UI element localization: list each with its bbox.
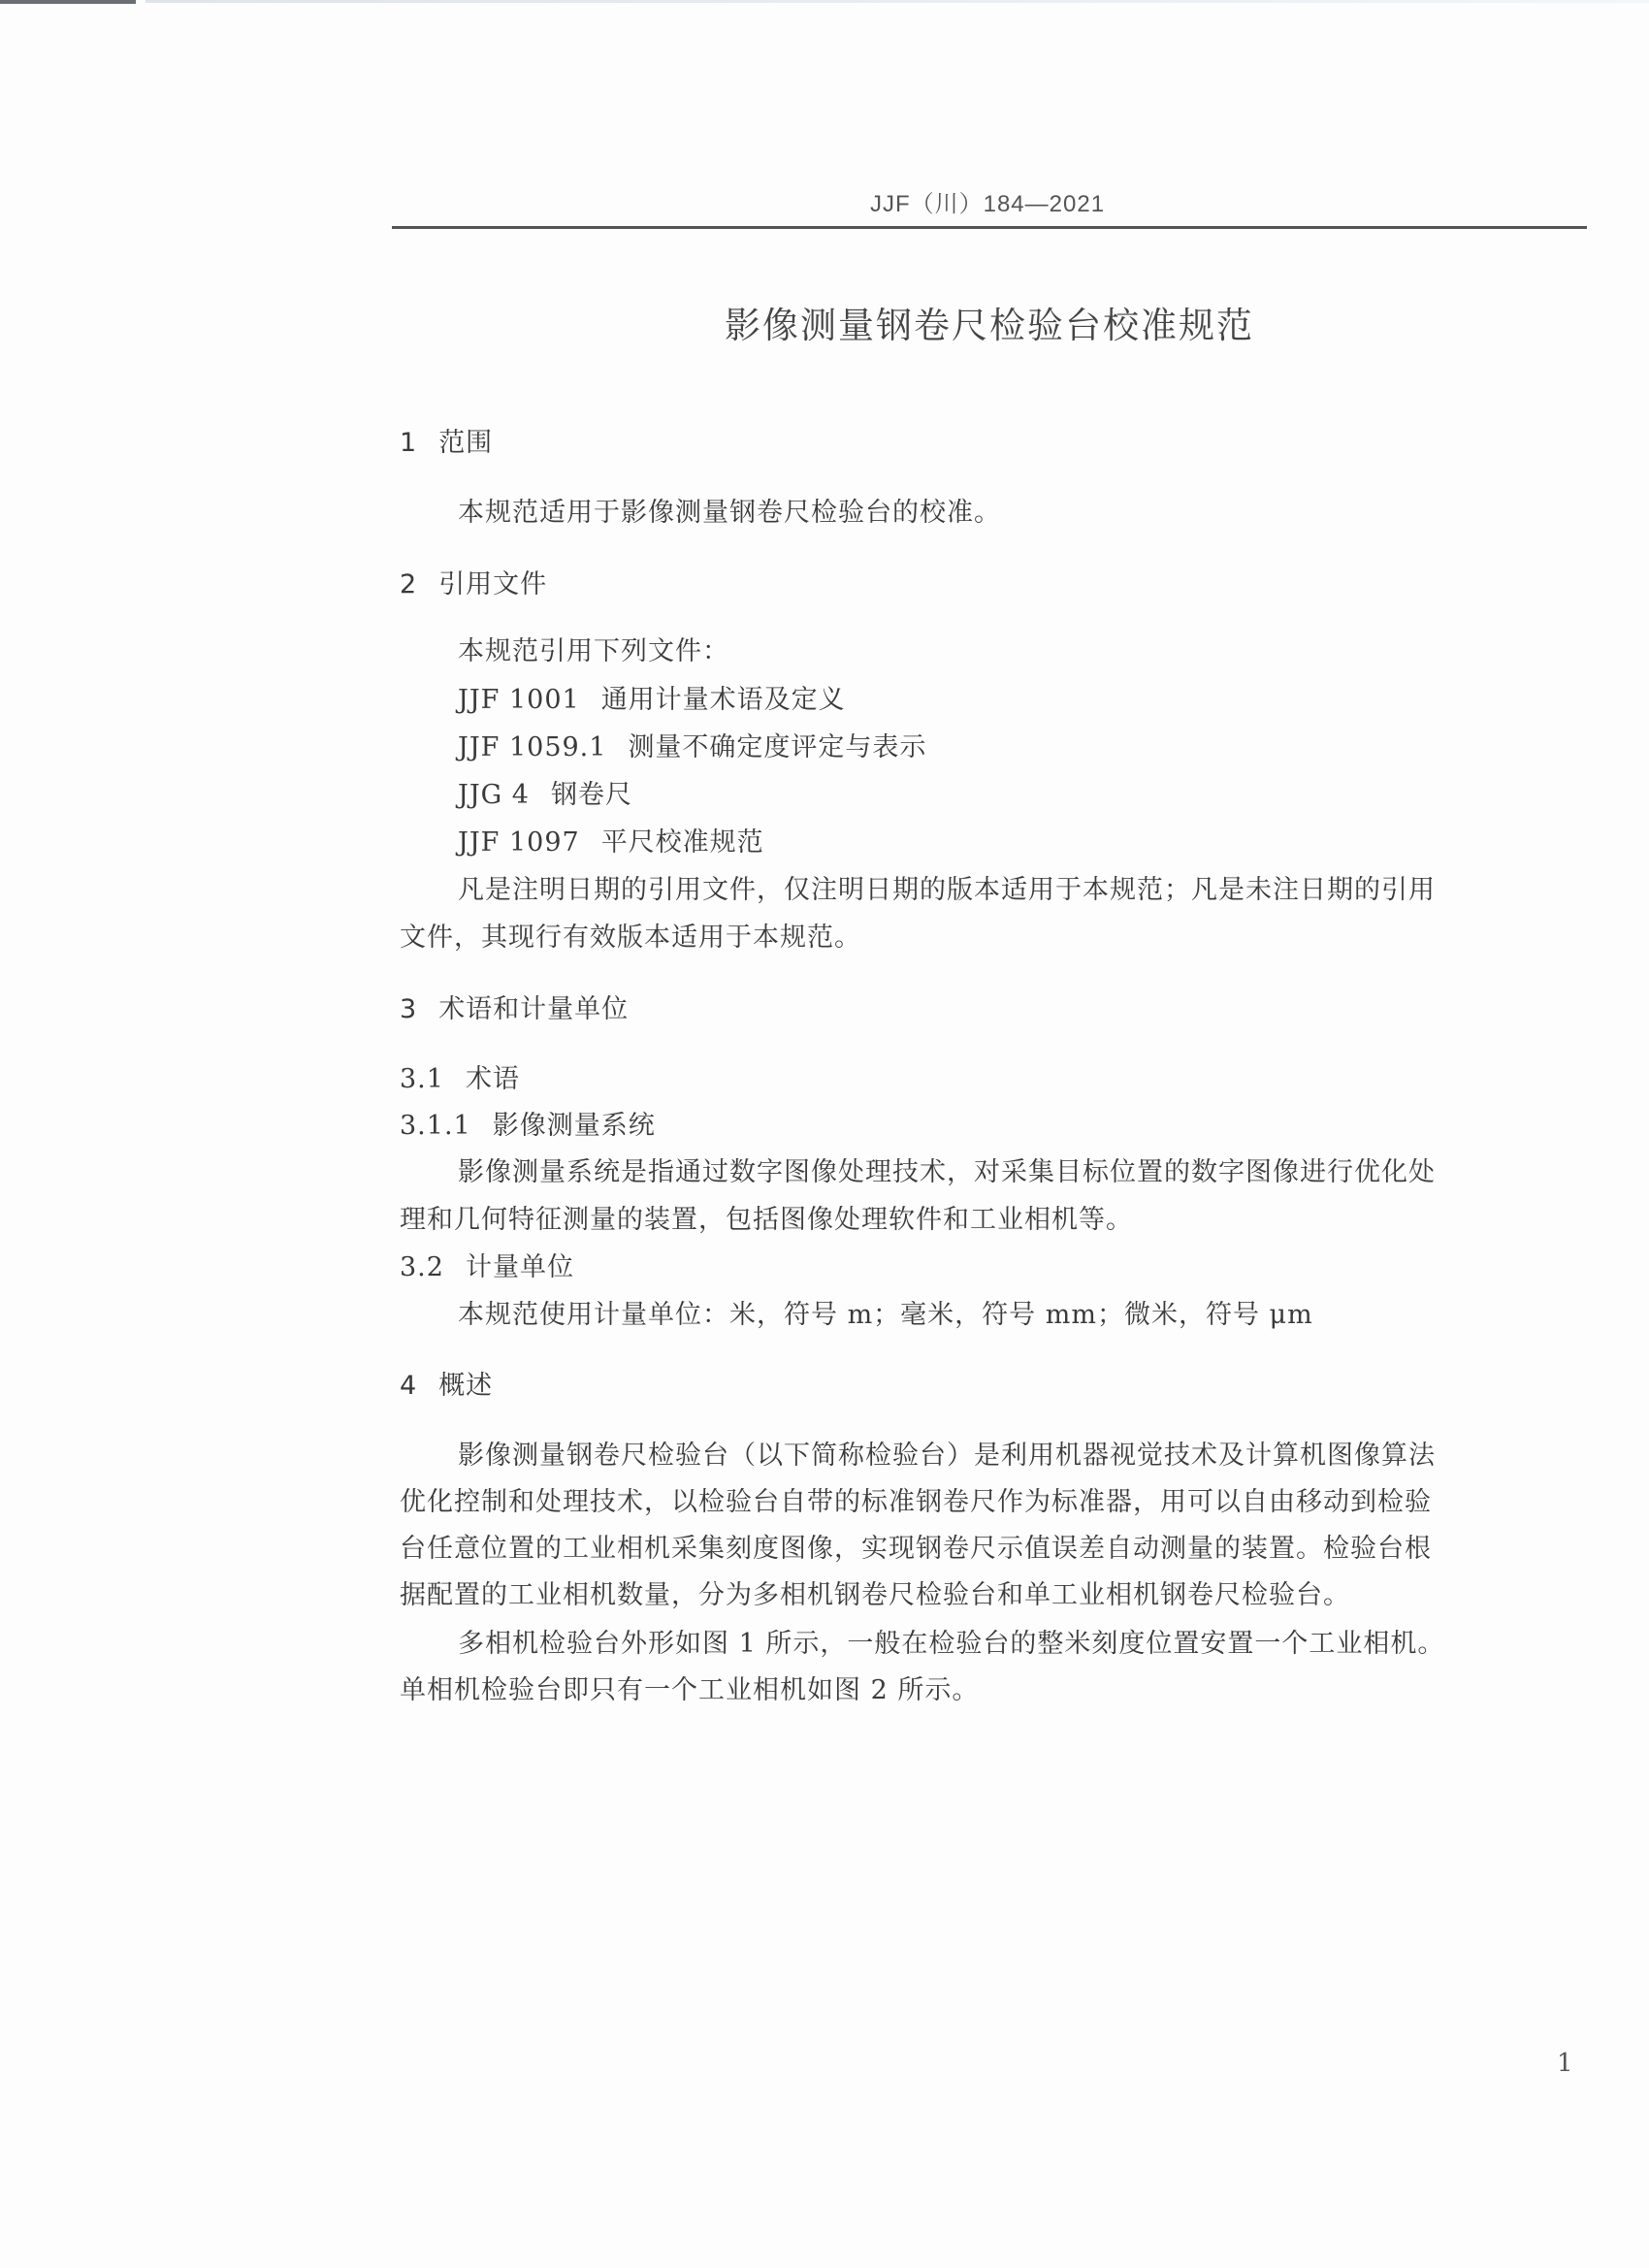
header-rule: [392, 226, 1587, 229]
reference-item: JJF 1097平尺校准规范: [458, 826, 764, 859]
reference-note: 凡是注明日期的引用文件，仅注明日期的版本适用于本规范；凡是未注日期的引用: [458, 874, 1436, 907]
section-3-2-heading: 3.2计量单位: [400, 1251, 574, 1284]
overview-text: 影像测量钢卷尺检验台（以下简称检验台）是利用机器视觉技术及计算机图像算法: [458, 1440, 1436, 1473]
overview-text: 据配置的工业相机数量，分为多相机钢卷尺检验台和单工业相机钢卷尺检验台。: [400, 1579, 1350, 1612]
section-2-intro: 本规范引用下列文件：: [458, 635, 729, 668]
document-code: JJF（川）184—2021: [0, 184, 1649, 218]
overview-text: 单相机检验台即只有一个工业相机如图 2 所示。: [400, 1674, 979, 1707]
reference-note: 文件，其现行有效版本适用于本规范。: [400, 922, 861, 955]
scan-edge: [145, 0, 1649, 3]
definition-text: 影像测量系统是指通过数字图像处理技术，对采集目标位置的数字图像进行优化处: [458, 1156, 1436, 1189]
overview-text: 多相机检验台外形如图 1 所示，一般在检验台的整米刻度位置安置一个工业相机。: [458, 1628, 1444, 1661]
document-title: 影像测量钢卷尺检验台校准规范: [392, 296, 1587, 348]
reference-item: JJF 1001通用计量术语及定义: [458, 684, 846, 717]
reference-item: JJG 4钢卷尺: [458, 779, 632, 812]
section-2-heading: 2引用文件: [400, 568, 547, 601]
definition-text: 理和几何特征测量的装置，包括图像处理软件和工业相机等。: [400, 1204, 1133, 1237]
page-number: 1: [1557, 2049, 1573, 2078]
section-4-heading: 4概述: [400, 1370, 493, 1403]
overview-text: 台任意位置的工业相机采集刻度图像，实现钢卷尺示值误差自动测量的装置。检验台根: [400, 1533, 1432, 1566]
reference-item: JJF 1059.1测量不确定度评定与表示: [458, 731, 926, 764]
section-3-1-1-heading: 3.1.1影像测量系统: [400, 1110, 656, 1143]
section-3-heading: 3术语和计量单位: [400, 993, 629, 1026]
scan-edge: [0, 0, 136, 4]
section-1-body: 本规范适用于影像测量钢卷尺检验台的校准。: [458, 497, 1001, 530]
units-text: 本规范使用计量单位：米，符号 m；毫米，符号 mm；微米，符号 μm: [458, 1299, 1313, 1332]
overview-text: 优化控制和处理技术，以检验台自带的标准钢卷尺作为标准器，用可以自由移动到检验: [400, 1486, 1432, 1519]
section-1-heading: 1范围: [400, 427, 493, 460]
section-3-1-heading: 3.1术语: [400, 1063, 520, 1096]
